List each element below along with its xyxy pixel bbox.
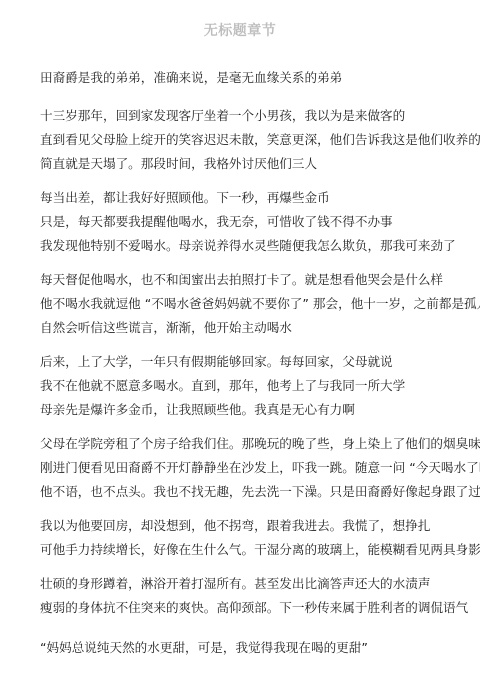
paragraph: 后来，上了大学，一年只有假期能够回家。每每回家，父母就说 我不在他就不愿意多喝水… [40,350,480,422]
text-line: 壮硕的身形蹲着，淋浴开着打湿所有。甚至发出比滴答声还大的水渍声 [40,572,480,596]
text-line: 刚进门便看见田裔爵不开灯静静坐在沙发上，吓我一跳。随意一问 “今天喝水了吗” [40,456,480,480]
paragraph: 我以为他要回房，却没想到，他不拐弯，跟着我进去。我慌了，想挣扎 可他手力持续增长… [40,514,480,562]
text-line: 十三岁那年，回到家发现客厅坐着一个小男孩，我以为是来做客的 [40,104,480,128]
chapter-body: 田裔爵是我的弟弟，准确来说，是毫无血缘关系的弟弟 十三岁那年，回到家发现客厅坐着… [40,66,480,670]
paragraph: 每当出差，都让我好好照顾他。下一秒，再爆些金币 只是，每天都要我提醒他喝水，我无… [40,186,480,258]
text-line: 每天督促他喝水，也不和闺蜜出去拍照打卡了。就是想看他哭会是什么样 [40,268,480,292]
text-line: 父母在学院旁租了个房子给我们住。那晚玩的晚了些，身上染上了他们的烟臭味。 [40,432,480,456]
chapter-title: 无标题章节 [0,20,480,40]
text-line: 我发现他特别不爱喝水。母亲说养得水灵些随便我怎么欺负，那我可来劲了 [40,234,480,258]
text-line: 我以为他要回房，却没想到，他不拐弯，跟着我进去。我慌了，想挣扎 [40,514,480,538]
text-line: 直到看见父母脸上绽开的笑容迟迟未散，笑意更深，他们告诉我这是他们收养的 [40,128,480,152]
text-line: “妈妈总说纯天然的水更甜，可是，我觉得我现在喝的更甜” [40,636,480,660]
paragraph: 父母在学院旁租了个房子给我们住。那晚玩的晚了些，身上染上了他们的烟臭味。 刚进门… [40,432,480,504]
paragraph: “妈妈总说纯天然的水更甜，可是，我觉得我现在喝的更甜” [40,636,480,660]
text-line: 田裔爵是我的弟弟，准确来说，是毫无血缘关系的弟弟 [40,66,480,90]
text-line: 可他手力持续增长，好像在生什么气。干湿分离的玻璃上，能模糊看见两具身影 [40,538,480,562]
text-line: 瘦弱的身体抗不住突来的爽快。高仰颈部。下一秒传来属于胜利者的调侃语气 [40,596,480,620]
text-line: 只是，每天都要我提醒他喝水，我无奈，可惜收了钱不得不办事 [40,210,480,234]
text-line: 简直就是天塌了。那段时间，我格外讨厌他们三人 [40,152,480,176]
text-line: 他不喝水我就逗他 “不喝水爸爸妈妈就不要你了” 那会，他十一岁，之前都是孤儿 [40,292,480,316]
text-line: 我不在他就不愿意多喝水。直到，那年，他考上了与我同一所大学 [40,374,480,398]
text-line: 后来，上了大学，一年只有假期能够回家。每每回家，父母就说 [40,350,480,374]
paragraph: 每天督促他喝水，也不和闺蜜出去拍照打卡了。就是想看他哭会是什么样 他不喝水我就逗… [40,268,480,340]
paragraph: 十三岁那年，回到家发现客厅坐着一个小男孩，我以为是来做客的 直到看见父母脸上绽开… [40,104,480,176]
text-line: 自然会听信这些谎言，渐渐，他开始主动喝水 [40,316,480,340]
text-line: 母亲先是爆许多金币，让我照顾些他。我真是无心有力啊 [40,398,480,422]
text-line: 每当出差，都让我好好照顾他。下一秒，再爆些金币 [40,186,480,210]
text-line: 他不语，也不点头。我也不找无趣，先去洗一下澡。只是田裔爵好像起身跟了过来 [40,480,480,504]
paragraph: 田裔爵是我的弟弟，准确来说，是毫无血缘关系的弟弟 [40,66,480,90]
paragraph: 壮硕的身形蹲着，淋浴开着打湿所有。甚至发出比滴答声还大的水渍声 瘦弱的身体抗不住… [40,572,480,620]
